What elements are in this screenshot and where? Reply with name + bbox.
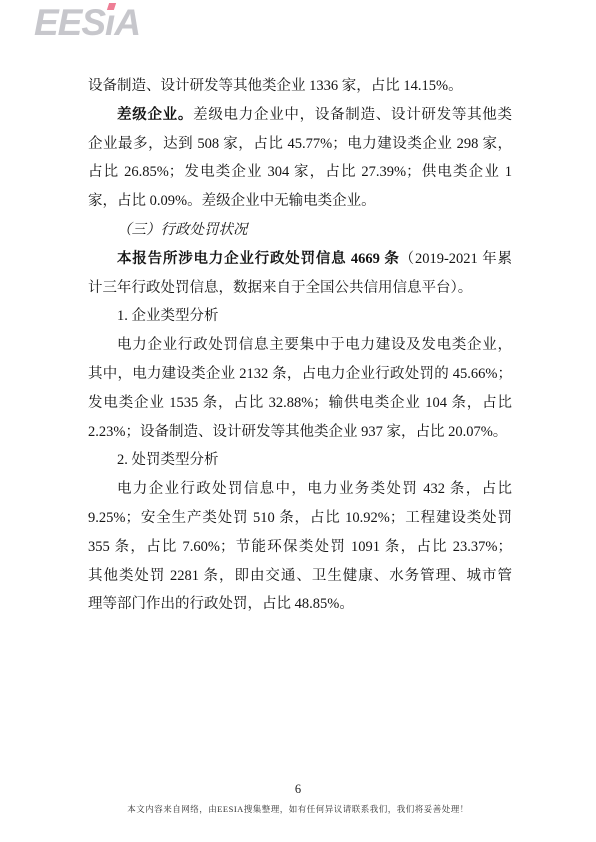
text-line: 其他类处罚 2281 条，即由交通、卫生健康、水务管理、城市管 [88, 562, 512, 591]
body-text: 占比 26.85%；发电类企业 304 家，占比 27.39%；供电类企业 1 [88, 164, 512, 180]
body-text: （2019-2021 年累 [400, 251, 512, 267]
body-text: 2.23%；设备制造、设计研发等其他类企业 937 家，占比 20.07%。 [88, 424, 507, 440]
text-line: 差级企业。差级电力企业中，设备制造、设计研发等其他类 [88, 101, 512, 130]
text-line: 1. 企业类型分析 [88, 302, 512, 331]
body-text: 计三年行政处罚信息，数据来自于全国公共信用信息平台）。 [88, 280, 472, 296]
text-line: （三）行政处罚状况 [88, 216, 512, 245]
body-text: 1. 企业类型分析 [117, 308, 219, 324]
page-number: 6 [0, 782, 596, 797]
logo-text-post: A [114, 2, 140, 43]
body-text: 企业最多，达到 508 家，占比 45.77%；电力建设类企业 298 家， [88, 136, 512, 152]
body-text: 理等部门作出的行政处罚，占比 48.85%。 [88, 596, 354, 612]
footer-disclaimer: 本文内容来自网络，由EESIA搜集整理，如有任何异议请联系我们，我们将妥善处理！ [0, 803, 596, 815]
eesia-logo: EESıA [34, 2, 140, 44]
body-text: 设备制造、设计研发等其他类企业 1336 家，占比 14.15%。 [88, 78, 463, 94]
body-text: 2. 处罚类型分析 [117, 452, 219, 468]
body-text: 355 条，占比 7.60%；节能环保类处罚 1091 条，占比 23.37%； [88, 539, 512, 555]
kai-heading-text: （三）行政处罚状况 [117, 222, 248, 238]
text-line: 电力企业行政处罚信息中，电力业务类处罚 432 条，占比 [88, 475, 512, 504]
body-text: 其中，电力建设类企业 2132 条，占电力企业行政处罚的 45.66%； [88, 366, 512, 382]
text-line: 本报告所涉电力企业行政处罚信息 4669 条（2019-2021 年累 [88, 245, 512, 274]
text-line: 发电类企业 1535 条，占比 32.88%；输供电类企业 104 条，占比 [88, 389, 512, 418]
body-text: 电力企业行政处罚信息中，电力业务类处罚 432 条，占比 [117, 481, 512, 497]
document-page: EESıA 设备制造、设计研发等其他类企业 1336 家，占比 14.15%。差… [0, 0, 596, 842]
text-line: 其中，电力建设类企业 2132 条，占电力企业行政处罚的 45.66%； [88, 360, 512, 389]
text-line: 355 条，占比 7.60%；节能环保类处罚 1091 条，占比 23.37%； [88, 533, 512, 562]
body-text: 9.25%；安全生产类处罚 510 条，占比 10.92%；工程建设类处罚 [88, 510, 512, 526]
text-line: 2.23%；设备制造、设计研发等其他类企业 937 家，占比 20.07%。 [88, 418, 512, 447]
body-text: 电力企业行政处罚信息主要集中于电力建设及发电类企业， [117, 337, 512, 353]
body-text: 家，占比 0.09%。差级企业中无输电类企业。 [88, 193, 376, 209]
body-text: 发电类企业 1535 条，占比 32.88%；输供电类企业 104 条，占比 [88, 395, 512, 411]
text-line: 2. 处罚类型分析 [88, 446, 512, 475]
text-line: 企业最多，达到 508 家，占比 45.77%；电力建设类企业 298 家， [88, 130, 512, 159]
logo-letter-i: ı [105, 2, 114, 44]
text-line: 理等部门作出的行政处罚，占比 48.85%。 [88, 590, 512, 619]
content-area: 设备制造、设计研发等其他类企业 1336 家，占比 14.15%。差级企业。差级… [88, 72, 512, 619]
bold-text: 本报告所涉电力企业行政处罚信息 4669 条 [117, 251, 400, 267]
logo-text-pre: EES [34, 2, 105, 43]
bold-text: 差级企业。 [117, 107, 193, 123]
text-line: 电力企业行政处罚信息主要集中于电力建设及发电类企业， [88, 331, 512, 360]
text-line: 计三年行政处罚信息，数据来自于全国公共信用信息平台）。 [88, 274, 512, 303]
body-text: 差级电力企业中，设备制造、设计研发等其他类 [193, 107, 512, 123]
body-text: 其他类处罚 2281 条，即由交通、卫生健康、水务管理、城市管 [88, 568, 512, 584]
text-line: 家，占比 0.09%。差级企业中无输电类企业。 [88, 187, 512, 216]
text-line: 9.25%；安全生产类处罚 510 条，占比 10.92%；工程建设类处罚 [88, 504, 512, 533]
text-line: 设备制造、设计研发等其他类企业 1336 家，占比 14.15%。 [88, 72, 512, 101]
text-line: 占比 26.85%；发电类企业 304 家，占比 27.39%；供电类企业 1 [88, 158, 512, 187]
